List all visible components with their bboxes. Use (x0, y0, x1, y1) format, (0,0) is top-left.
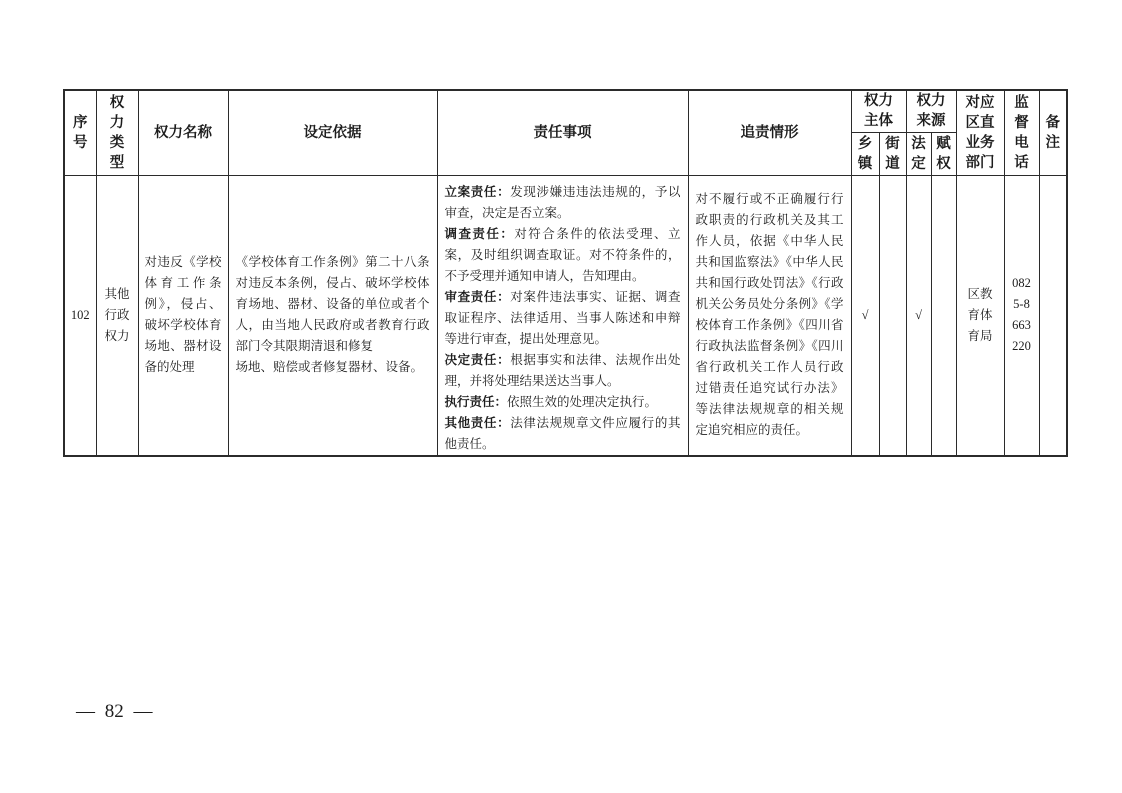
cell-power-name: 对违反《学校体育工作条例》，侵占、破坏学校体育场地、器材设备的处理 (138, 175, 228, 456)
table-header-row-1: 序号 权力类型 权力名称 设定依据 责任事项 追责情形 权力主体 权力来源 对应… (64, 90, 1067, 132)
cell-responsibility: 立案责任：发现涉嫌违违法违规的，予以审查，决定是否立案。 调查责任：对符合条件的… (437, 175, 688, 456)
cell-accountability: 对不履行或不正确履行行政职责的行政机关及其工作人员，依据《中华人民共和国监察法》… (688, 175, 851, 456)
cell-power-type: 其他行政权力 (96, 175, 138, 456)
cell-statutory-check: √ (906, 175, 931, 456)
cell-township-check: √ (851, 175, 879, 456)
header-power-subject: 权力主体 (851, 90, 906, 132)
duty-item: 调查责任：对符合条件的依法受理、立案，及时组织调查取证。对不符条件的，不予受理并… (445, 224, 681, 287)
duty-label: 立案责任： (445, 185, 511, 199)
duty-label: 其他责任： (445, 416, 511, 430)
duty-item: 执行责任：依照生效的处理决定执行。 (445, 392, 681, 413)
duty-text: 依照生效的处理决定执行。 (507, 395, 657, 409)
duty-item: 决定责任：根据事实和法律、法规作出处理，并将处理结果送达当事人。 (445, 350, 681, 392)
page-number: — 82 — (76, 701, 153, 723)
duty-label: 审查责任： (445, 290, 511, 304)
cell-authorized-check (931, 175, 956, 456)
header-accountability: 追责情形 (688, 90, 851, 175)
header-authorized: 赋权 (931, 132, 956, 175)
header-district-department: 对应区直业务部门 (956, 90, 1004, 175)
legal-basis-paragraph: 场地、赔偿或者修复器材、设备。 (236, 357, 430, 378)
header-supervision-phone: 监督电话 (1004, 90, 1039, 175)
duty-item: 其他责任：法律法规规章文件应履行的其他责任。 (445, 413, 681, 455)
header-statutory: 法定 (906, 132, 931, 175)
header-power-source: 权力来源 (906, 90, 956, 132)
header-serial: 序号 (64, 90, 96, 175)
cell-legal-basis: 《学校体育工作条例》第二十八条 对违反本条例，侵占、破坏学校体育场地、器材、设备… (228, 175, 437, 456)
duty-label: 执行责任： (445, 395, 508, 409)
header-power-type: 权力类型 (96, 90, 138, 175)
cell-street-check (879, 175, 906, 456)
duty-label: 调查责任： (445, 227, 515, 241)
cell-serial: 102 (64, 175, 96, 456)
legal-basis-paragraph: 《学校体育工作条例》第二十八条 对违反本条例，侵占、破坏学校体育场地、器材、设备… (236, 252, 430, 357)
header-remarks: 备注 (1039, 90, 1067, 175)
header-power-name: 权力名称 (138, 90, 228, 175)
cell-remarks (1039, 175, 1067, 456)
duty-item: 立案责任：发现涉嫌违违法违规的，予以审查，决定是否立案。 (445, 182, 681, 224)
header-street: 街道 (879, 132, 906, 175)
cell-district-department: 区教育体育局 (956, 175, 1004, 456)
table-row: 102 其他行政权力 对违反《学校体育工作条例》，侵占、破坏学校体育场地、器材设… (64, 175, 1067, 456)
duty-item: 审查责任：对案件违法事实、证据、调查取证程序、法律适用、当事人陈述和申辩等进行审… (445, 287, 681, 350)
header-legal-basis: 设定依据 (228, 90, 437, 175)
power-list-table: 序号 权力类型 权力名称 设定依据 责任事项 追责情形 权力主体 权力来源 对应… (63, 89, 1068, 457)
header-township: 乡镇 (851, 132, 879, 175)
duty-label: 决定责任： (445, 353, 511, 367)
cell-supervision-phone: 0825-8663220 (1004, 175, 1039, 456)
header-responsibility: 责任事项 (437, 90, 688, 175)
